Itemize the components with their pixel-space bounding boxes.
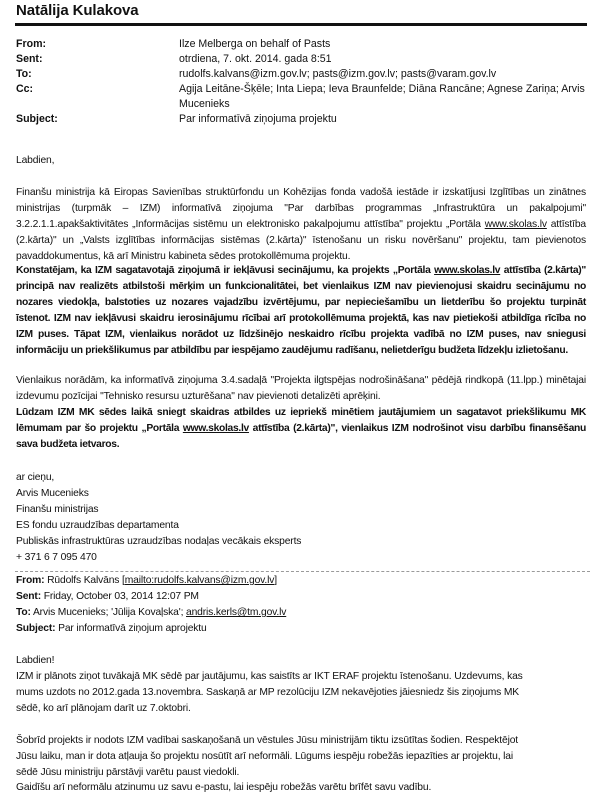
from-value: Ilze Melberga on behalf of Pasts	[179, 37, 589, 52]
subject-label: Subject:	[16, 112, 176, 127]
fwd-from-mailto-link[interactable]: mailto:rudolfs.kalvans@izm.gov.lv	[125, 575, 275, 586]
fwd-sent-row: Sent: Friday, October 03, 2014 12:07 PM	[16, 589, 199, 605]
cc-value-line2: Mucenieks	[179, 97, 589, 112]
signature-phone: + 371 6 7 095 470	[16, 550, 97, 566]
paragraph-4: Lūdzam IZM MK sēdes laikā sniegt skaidra…	[16, 405, 586, 453]
to-label: To:	[16, 67, 176, 82]
fwd-p1-line3: sēdē, ko arī plānojam darīt uz 7.oktobri…	[16, 701, 191, 717]
sent-value: otrdiena, 7. okt. 2014. gada 8:51	[179, 52, 589, 67]
fwd-from-label: From:	[16, 575, 44, 586]
paragraph-2-text-b: attīstība (2.kārta)" principā nav realiz…	[16, 265, 586, 356]
fwd-to-row: To: Arvis Mucenieks; 'Jūlija Kovaļska'; …	[16, 605, 286, 621]
cc-value-line1: Agija Leitāne-Šķēle; Inta Liepa; Ieva Br…	[179, 82, 589, 97]
title-divider	[15, 23, 587, 26]
fwd-p2-line1: Šobrīd projekts ir nodots IZM vadībai sa…	[16, 733, 518, 749]
signature-position: Publiskās infrastruktūras uzraudzības no…	[16, 534, 301, 550]
fwd-sent-label: Sent:	[16, 591, 41, 602]
fwd-greeting: Labdien!	[16, 653, 54, 669]
fwd-p3: Gaidīšu arī neformālu atzinumu uz savu e…	[16, 780, 431, 796]
paragraph-2-text-a: Konstatējam, ka IZM sagatavotajā ziņojum…	[16, 265, 434, 276]
sent-label: Sent:	[16, 52, 176, 67]
signature-department: ES fondu uzraudzības departamenta	[16, 518, 179, 534]
cc-label: Cc:	[16, 82, 176, 97]
signature-closing: ar cieņu,	[16, 470, 54, 486]
to-value: rudolfs.kalvans@izm.gov.lv; pasts@izm.go…	[179, 67, 589, 82]
fwd-subject-label: Subject:	[16, 623, 55, 634]
signature-name: Arvis Mucenieks	[16, 486, 89, 502]
fwd-p2-line2: Jūsu laiku, man ir dota atļauja šo proje…	[16, 749, 513, 765]
skolas-link[interactable]: www.skolas.lv	[183, 423, 249, 434]
fwd-p2-line3: sēdē Jūsu ministriju pārstāvji varētu pa…	[16, 765, 239, 781]
email-printout: Natālija Kulakova From: Ilze Melberga on…	[0, 0, 600, 802]
subject-value: Par informatīvā ziņojuma projektu	[179, 112, 589, 127]
fwd-subject-row: Subject: Par informatīvā ziņojum aprojek…	[16, 621, 207, 637]
forward-separator	[15, 571, 590, 572]
fwd-from-name: Rūdolfs Kalvāns [	[47, 575, 125, 586]
paragraph-1: Finanšu ministrija kā Eiropas Savienības…	[16, 185, 586, 265]
fwd-to-email-link[interactable]: andris.kerls@tm.gov.lv	[186, 607, 286, 618]
fwd-p1-line2: mums uzdots no 2012.gada 13.novembra. Sa…	[16, 685, 519, 701]
fwd-to-value: Arvis Mucenieks; 'Jūlija Kovaļska';	[33, 607, 186, 618]
fwd-p1-line1: IZM ir plānots ziņot tuvākajā MK sēdē pa…	[16, 669, 523, 685]
paragraph-3: Vienlaikus norādām, ka informatīvā ziņoj…	[16, 373, 586, 405]
signature-org: Finanšu ministrijas	[16, 502, 98, 518]
skolas-link[interactable]: www.skolas.lv	[485, 219, 547, 230]
skolas-link[interactable]: www.skolas.lv	[434, 265, 500, 276]
greeting: Labdien,	[16, 153, 586, 169]
fwd-from-bracket: ]	[274, 575, 277, 586]
document-title: Natālija Kulakova	[16, 2, 139, 19]
fwd-from-row: From: Rūdolfs Kalvāns [mailto:rudolfs.ka…	[16, 573, 277, 589]
fwd-sent-value: Friday, October 03, 2014 12:07 PM	[44, 591, 199, 602]
paragraph-2: Konstatējam, ka IZM sagatavotajā ziņojum…	[16, 263, 586, 359]
fwd-subject-value: Par informatīvā ziņojum aprojektu	[58, 623, 206, 634]
from-label: From:	[16, 37, 176, 52]
fwd-to-label: To:	[16, 607, 31, 618]
